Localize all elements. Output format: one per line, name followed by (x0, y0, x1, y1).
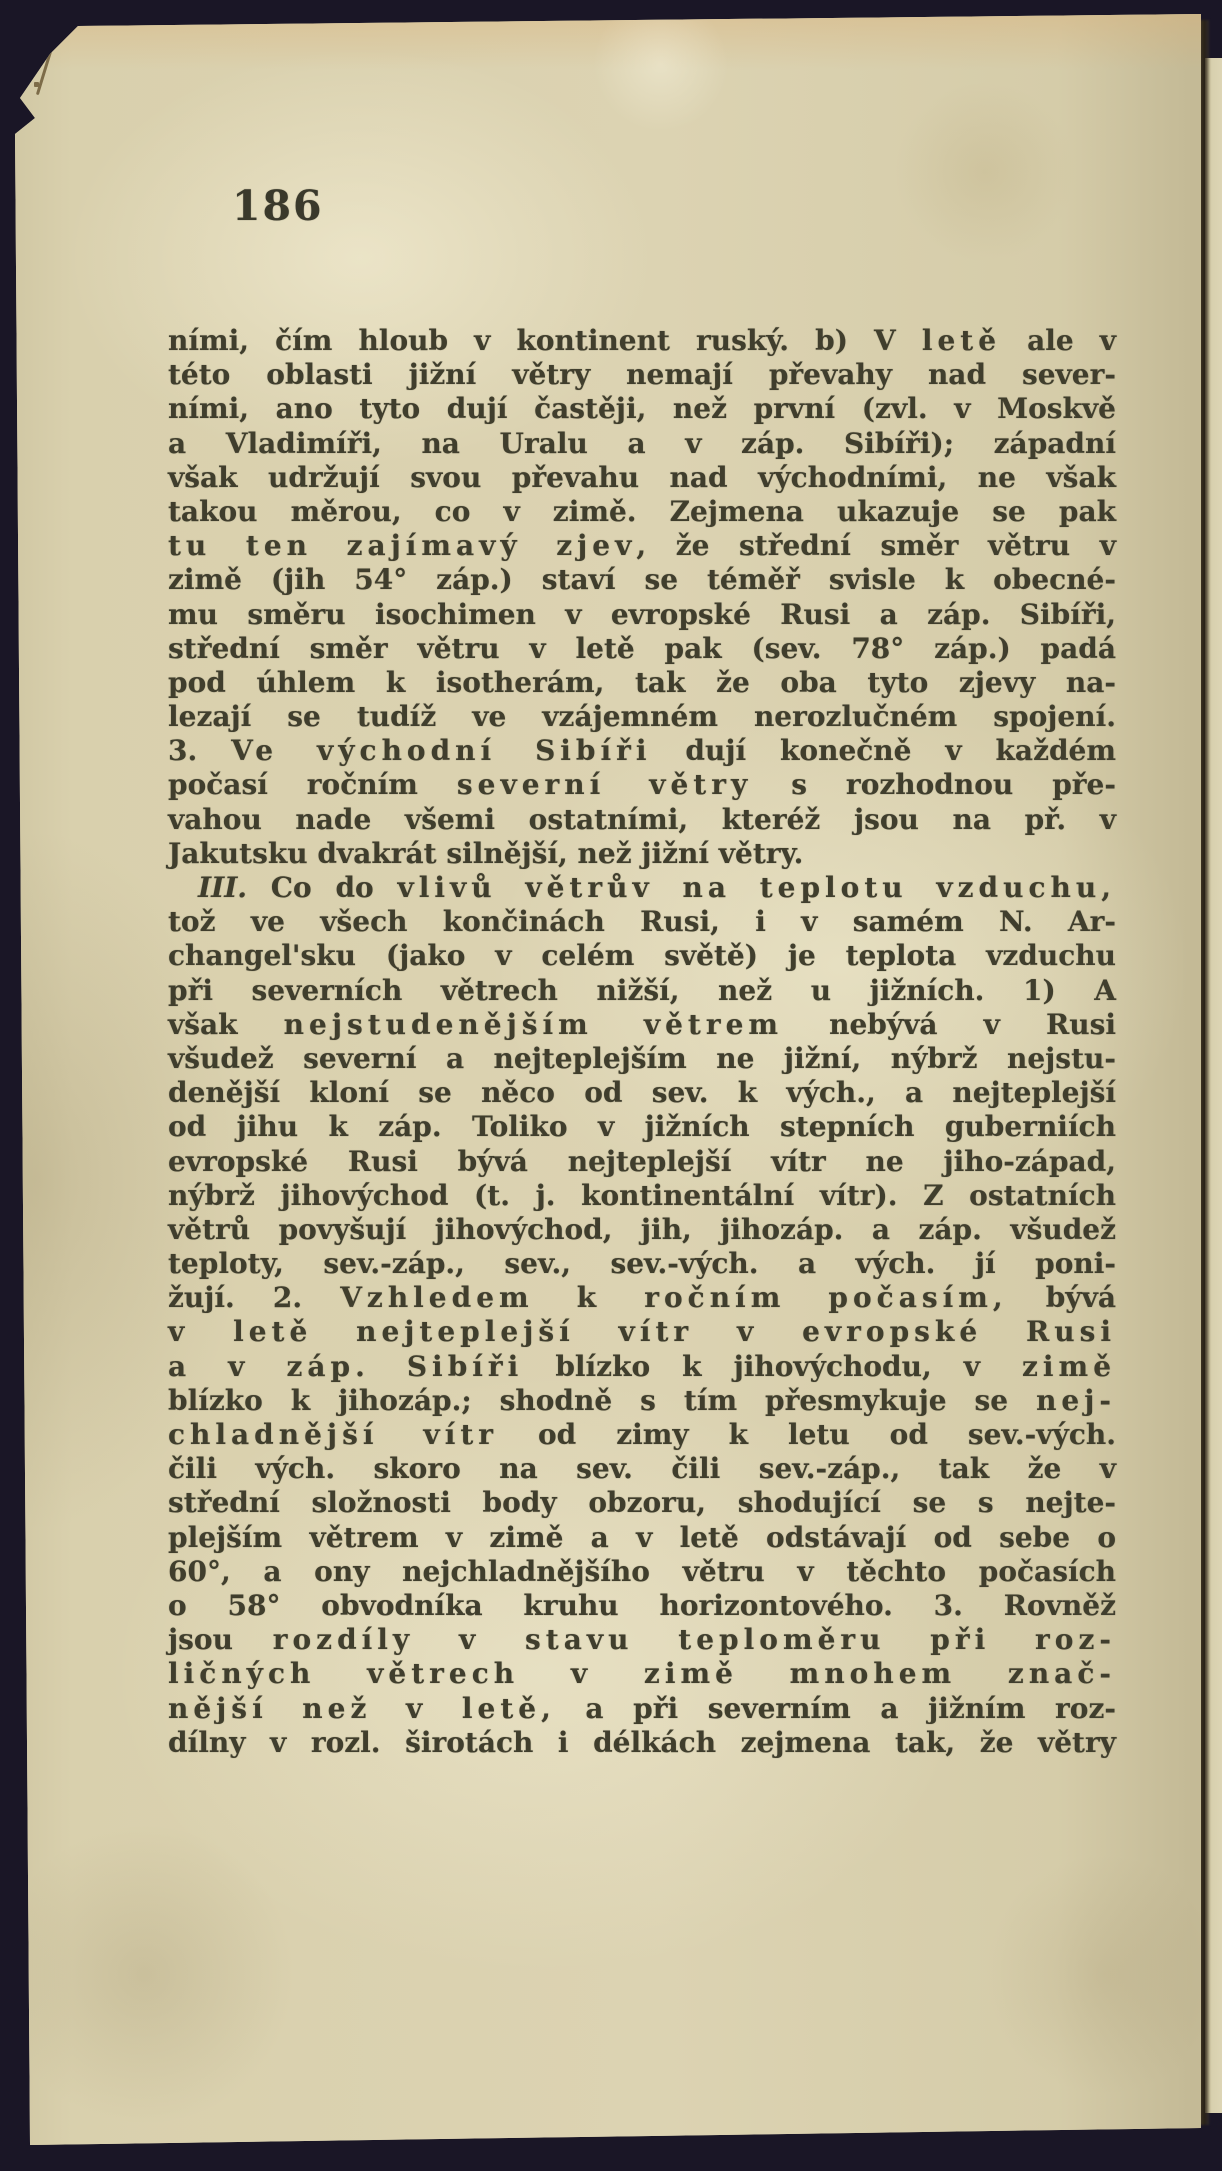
text-line: III. Co do vlivů větrův na teplotu vzduc… (168, 871, 1116, 905)
text-segment: pod úhlem k isotherám, tak že oba tyto z… (168, 666, 1116, 699)
text-line: jsou rozdíly v stavu teploměru při roz- (168, 1623, 1116, 1657)
text-segment: a při severním a jižním roz- (556, 1692, 1116, 1725)
text-segment: od zimy k letu od sev.-vých. (498, 1418, 1116, 1451)
text-line: čili vých. skoro na sev. čili sev.-záp.,… (168, 1452, 1116, 1486)
text-segment: při severních větrech nižší, než u jižní… (168, 974, 1116, 1007)
book-page: 186 ními, čím hloub v kontinent ruský. b… (0, 0, 1201, 2146)
text-segment: všudež severní a nejteplejším ne jižní, … (168, 1042, 1116, 1075)
text-segment: changel'sku (jako v celém světě) je tepl… (168, 939, 1116, 972)
text-segment: však (168, 1008, 284, 1041)
text-line: tu ten zajímavý zjev, že střední směr vě… (168, 529, 1116, 563)
text-line: střední složnosti body obzoru, shodující… (168, 1486, 1116, 1520)
text-segment: s rozhodnou pře- (752, 768, 1116, 801)
text-line: počasí ročním severní větry s rozhodnou … (168, 768, 1116, 802)
text-line: však udržují svou převahu nad východními… (168, 461, 1116, 495)
text-segment: ními, ano tyto dují častěji, než první (… (168, 392, 1116, 425)
text-segment: a v záp. Sibíři (168, 1350, 523, 1383)
text-segment: zimě (jih 54° záp.) staví se téměř svisl… (168, 563, 1116, 596)
text-segment: mu směru isochimen v evropské Rusi a záp… (168, 598, 1116, 631)
text-segment: blízko k jihovýchodu, (523, 1350, 963, 1383)
text-line: střední směr větru v letě pak (sev. 78° … (168, 632, 1116, 666)
text-segment: ními, čím hloub v kontinent ruský. b) V (168, 324, 922, 357)
text-segment: Co do (247, 871, 397, 904)
text-line: plejším větrem v zimě a v letě odstávají… (168, 1521, 1116, 1555)
text-segment: dují konečně v každém (652, 734, 1116, 767)
text-segment: nej- (1036, 1384, 1116, 1417)
text-segment: v letě nejteplejší vítr v evropské Rusi (168, 1315, 1116, 1348)
text-line: v letě nejteplejší vítr v evropské Rusi (168, 1315, 1116, 1349)
text-segment: ličných větrech v zimě mnohem znač- (168, 1657, 1116, 1690)
page-number: 186 (232, 182, 324, 230)
text-line: ličných větrech v zimě mnohem znač- (168, 1657, 1116, 1691)
text-line: však nejstudenějším větrem nebývá v Rusi (168, 1008, 1116, 1042)
text-segment: III. (198, 871, 247, 904)
text-segment: severní větry (457, 768, 752, 801)
text-segment: rozdíly v stavu teploměru při roz- (273, 1623, 1116, 1656)
text-line: při severních větrech nižší, než u jižní… (168, 974, 1116, 1008)
text-segment: plejším větrem v zimě a v letě odstávají… (168, 1521, 1116, 1554)
text-line: o 58° obvodníka kruhu horizontového. 3. … (168, 1589, 1116, 1623)
text-segment: nější než v letě, (168, 1692, 556, 1725)
text-line: vahou nade všemi ostatními, kteréž jsou … (168, 803, 1116, 837)
pen-mark-dot (34, 82, 39, 87)
text-segment: letě (922, 324, 1001, 357)
text-line: 3. Ve východní Sibíři dují konečně v kaž… (168, 734, 1116, 768)
text-segment: v zimě (964, 1350, 1116, 1383)
text-segment: Vzhledem k ročním počasím, (340, 1281, 1007, 1314)
text-segment: takou měrou, co v zimě. Zejmena ukazuje … (168, 495, 1116, 528)
text-segment: ale v (1001, 324, 1116, 357)
text-segment: a Vladimíři, na Uralu a v záp. Sibíři); … (168, 427, 1116, 460)
text-segment: žují. 2. (168, 1281, 340, 1314)
text-segment: tu ten zajímavý zjev (168, 529, 636, 562)
text-segment: větrů povyšují jihovýchod, jih, jihozáp.… (168, 1213, 1116, 1246)
text-line: tož ve všech končinách Rusi, i v samém N… (168, 905, 1116, 939)
text-line: chladnější vítr od zimy k letu od sev.-v… (168, 1418, 1116, 1452)
text-segment: blízko k jihozáp.; shodně s tím přesmyku… (168, 1384, 1036, 1417)
text-segment: dílny v rozl. širotách i délkách zejmena… (168, 1726, 1116, 1759)
text-segment: chladnější vítr (168, 1418, 498, 1451)
text-segment: Ve východní Sibíři (231, 734, 651, 767)
text-segment: bývá (1008, 1281, 1116, 1314)
text-segment: počasí ročním (168, 768, 457, 801)
text-line: denější kloní se něco od sev. k vých., a… (168, 1076, 1116, 1110)
text-segment: vlivů větrův na teplotu vzduchu, (397, 871, 1116, 904)
text-line: blízko k jihozáp.; shodně s tím přesmyku… (168, 1384, 1116, 1418)
text-line: takou měrou, co v zimě. Zejmena ukazuje … (168, 495, 1116, 529)
text-line: a Vladimíři, na Uralu a v záp. Sibíři); … (168, 427, 1116, 461)
text-line: dílny v rozl. širotách i délkách zejmena… (168, 1726, 1116, 1760)
text-segment: této oblasti jižní větry nemají převahy … (168, 358, 1116, 391)
text-segment: však udržují svou převahu nad východními… (168, 461, 1116, 494)
text-line: ními, ano tyto dují častěji, než první (… (168, 392, 1116, 426)
text-segment: nebývá v Rusi (783, 1008, 1116, 1041)
text-segment: teploty, sev.-záp., sev., sev.-vých. a v… (168, 1247, 1116, 1280)
text-segment: střední směr větru v letě pak (sev. 78° … (168, 632, 1116, 665)
text-line: větrů povyšují jihovýchod, jih, jihozáp.… (168, 1213, 1116, 1247)
text-segment: vahou nade všemi ostatními, kteréž jsou … (168, 803, 1116, 836)
text-segment: střední složnosti body obzoru, shodující… (168, 1486, 1116, 1519)
text-line: 60°, a ony nejchladnějšího větru v těcht… (168, 1555, 1116, 1589)
text-segment: lezají se tudíž ve vzájemném nerozlučném… (168, 700, 1116, 733)
text-segment: evropské Rusi bývá nejteplejší vítr ne j… (168, 1145, 1116, 1178)
text-line: changel'sku (jako v celém světě) je tepl… (168, 939, 1116, 973)
text-line: mu směru isochimen v evropské Rusi a záp… (168, 598, 1116, 632)
text-segment: nýbrž jihovýchod (t. j. kontinentální ví… (168, 1179, 1116, 1212)
text-segment: nejstudenějším větrem (284, 1008, 783, 1041)
text-segment: tož ve všech končinách Rusi, i v samém N… (168, 905, 1116, 938)
text-line: nější než v letě, a při severním a jižní… (168, 1692, 1116, 1726)
text-line: teploty, sev.-záp., sev., sev.-vých. a v… (168, 1247, 1116, 1281)
text-segment: Jakutsku dvakrát silnější, než jižní vět… (168, 837, 803, 870)
text-line: od jihu k záp. Toliko v jižních stepních… (168, 1110, 1116, 1144)
text-line: této oblasti jižní větry nemají převahy … (168, 358, 1116, 392)
text-line: pod úhlem k isotherám, tak že oba tyto z… (168, 666, 1116, 700)
text-block: ními, čím hloub v kontinent ruský. b) V … (168, 324, 1116, 1760)
text-segment: 3. (168, 734, 231, 767)
text-line: Jakutsku dvakrát silnější, než jižní vět… (168, 837, 1116, 871)
text-segment: o 58° obvodníka kruhu horizontového. 3. … (168, 1589, 1116, 1622)
text-line: evropské Rusi bývá nejteplejší vítr ne j… (168, 1145, 1116, 1179)
text-line: žují. 2. Vzhledem k ročním počasím, bývá (168, 1281, 1116, 1315)
text-segment: čili vých. skoro na sev. čili sev.-záp.,… (168, 1452, 1116, 1485)
pen-mark (36, 41, 55, 95)
text-line: všudež severní a nejteplejším ne jižní, … (168, 1042, 1116, 1076)
text-segment: denější kloní se něco od sev. k vých., a… (168, 1076, 1116, 1109)
text-line: nýbrž jihovýchod (t. j. kontinentální ví… (168, 1179, 1116, 1213)
text-line: ními, čím hloub v kontinent ruský. b) V … (168, 324, 1116, 358)
text-line: lezají se tudíž ve vzájemném nerozlučném… (168, 700, 1116, 734)
text-segment: od jihu k záp. Toliko v jižních stepních… (168, 1110, 1116, 1143)
text-line: zimě (jih 54° záp.) staví se téměř svisl… (168, 563, 1116, 597)
text-segment: , že střední směr větru v (636, 529, 1116, 562)
text-segment: jsou (168, 1623, 273, 1656)
text-line: a v záp. Sibíři blízko k jihovýchodu, v … (168, 1350, 1116, 1384)
photo-background: 186 ními, čím hloub v kontinent ruský. b… (0, 0, 1222, 2171)
text-segment: 60°, a ony nejchladnějšího větru v těcht… (168, 1555, 1116, 1588)
